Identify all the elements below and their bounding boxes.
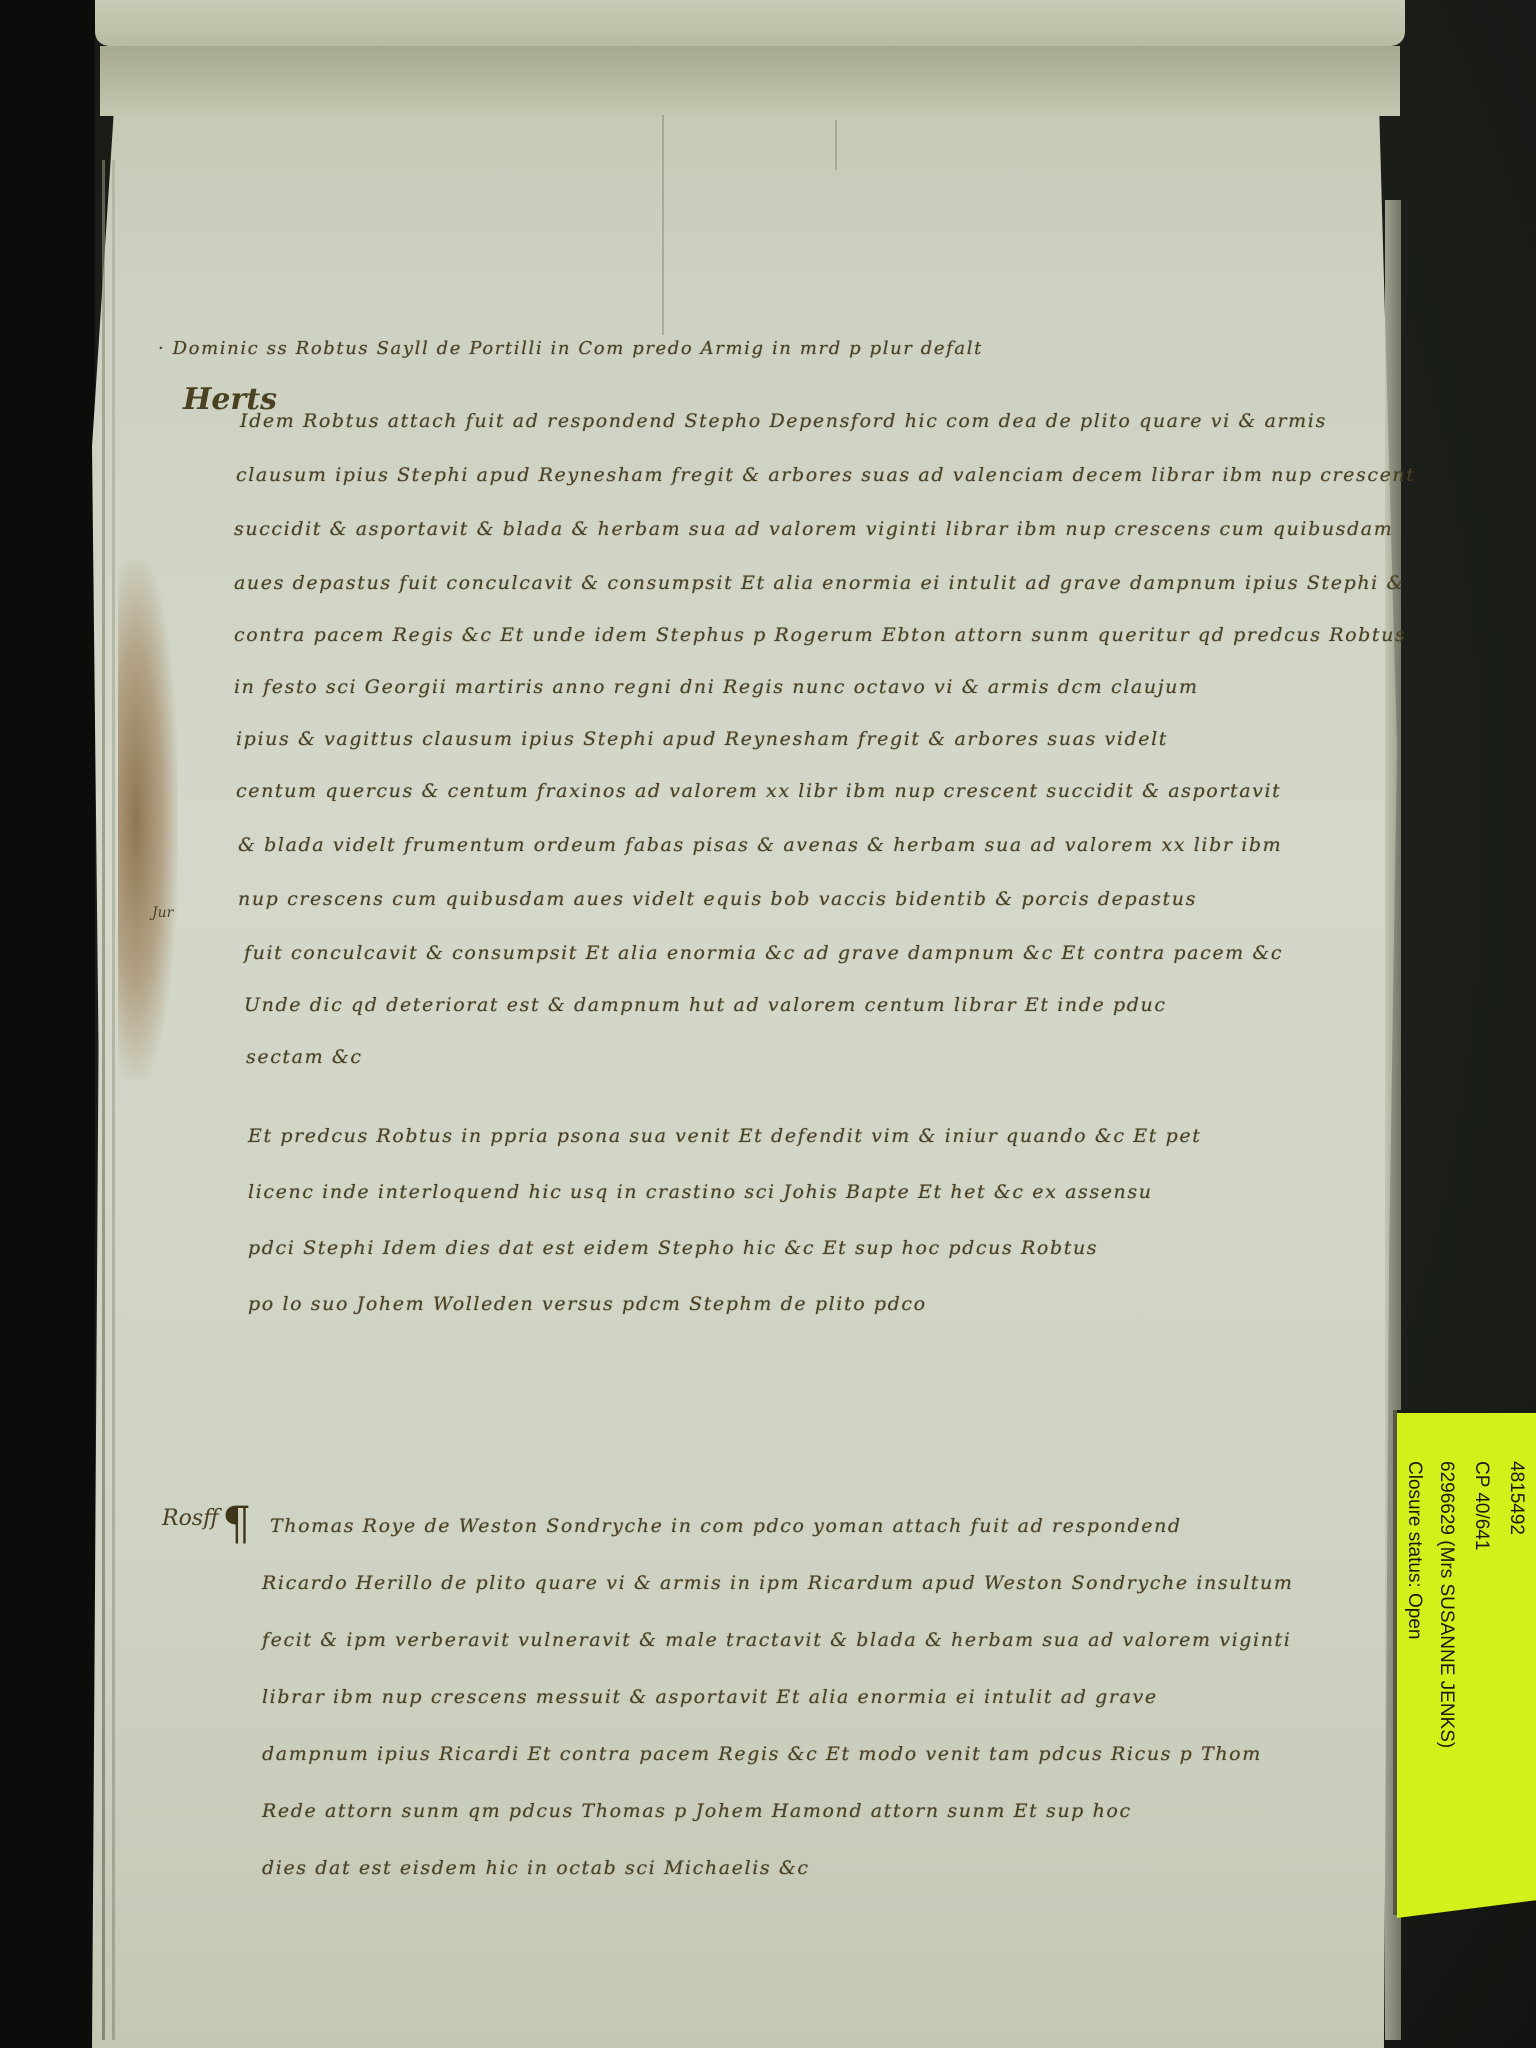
manuscript-line: succidit & asportavit & blada & herbam s… (234, 518, 1393, 540)
manuscript-line: pdci Stephi Idem dies dat est eidem Step… (248, 1237, 1098, 1259)
manuscript-line: sectam &c (246, 1046, 363, 1068)
manuscript-line: librar ibm nup crescens messuit & asport… (262, 1686, 1158, 1708)
manuscript-line: dampnum ipius Ricardi Et contra pacem Re… (262, 1743, 1262, 1765)
manuscript-line: Et predcus Robtus in ppria psona sua ven… (248, 1125, 1201, 1147)
manuscript-line: contra pacem Regis &c Et unde idem Steph… (234, 624, 1406, 646)
side-marginal-note: Jur (152, 905, 173, 921)
membrane-edge-line-inner (112, 160, 115, 2040)
manuscript-line: Idem Robtus attach fuit ad respondend St… (240, 410, 1327, 432)
manuscript-line: licenc inde interloquend hic usq in cras… (248, 1181, 1153, 1203)
rolled-membrane-top (95, 0, 1405, 46)
entry-heading-line: · Dominic ss Robtus Sayll de Portilli in… (158, 338, 983, 359)
manuscript-line: centum quercus & centum fraxinos ad valo… (236, 780, 1281, 802)
manuscript-line: fecit & ipm verberavit vulneravit & male… (262, 1629, 1291, 1651)
manuscript-line: Unde dic qd deteriorat est & dampnum hut… (244, 994, 1167, 1016)
manuscript-line: po lo suo Johem Wolleden versus pdcm Ste… (248, 1293, 927, 1315)
manuscript-line: aues depastus fuit conculcavit & consump… (234, 572, 1405, 594)
fold-crease (662, 115, 664, 335)
archive-reference-label: 4815492 CP 40/641 6296629 (Mrs SUSANNE J… (1397, 1410, 1536, 1918)
left-shadow (0, 0, 95, 2048)
membrane-edge-line (102, 160, 105, 2040)
manuscript-line: nup crescens cum quibusdam aues videlt e… (238, 888, 1197, 910)
label-text-rotated: 4815492 CP 40/641 6296629 (Mrs SUSANNE J… (1397, 1413, 1536, 1913)
membrane-fold-shadow (100, 46, 1400, 116)
label-reference: CP 40/641 (1464, 1461, 1499, 1550)
manuscript-line: clausum ipius Stephi apud Reynesham freg… (236, 464, 1416, 486)
label-closure-status: Closure status: Open (1397, 1461, 1432, 1639)
fold-crease (835, 120, 837, 170)
manuscript-line: Ricardo Herillo de plito quare vi & armi… (262, 1572, 1293, 1594)
manuscript-line: fuit conculcavit & consumpsit Et alia en… (244, 942, 1283, 964)
label-item-id: 4815492 (1499, 1461, 1534, 1535)
manuscript-line: ipius & vagittus clausum ipius Stephi ap… (236, 728, 1168, 750)
manuscript-line: in festo sci Georgii martiris anno regni… (234, 676, 1199, 698)
manuscript-line: Thomas Roye de Weston Sondryche in com p… (270, 1515, 1182, 1537)
label-order-reader: 6296629 (Mrs SUSANNE JENKS) (1429, 1461, 1464, 1748)
manuscript-line: Rede attorn sunm qm pdcus Thomas p Johem… (262, 1800, 1132, 1822)
manuscript-line: dies dat est eisdem hic in octab sci Mic… (262, 1857, 810, 1879)
water-stain (118, 560, 178, 1080)
county-marginal-note-2: Rosff (162, 1506, 219, 1531)
manuscript-line: & blada videlt frumentum ordeum fabas pi… (238, 834, 1282, 856)
paraph-mark: ¶ (222, 1500, 251, 1546)
